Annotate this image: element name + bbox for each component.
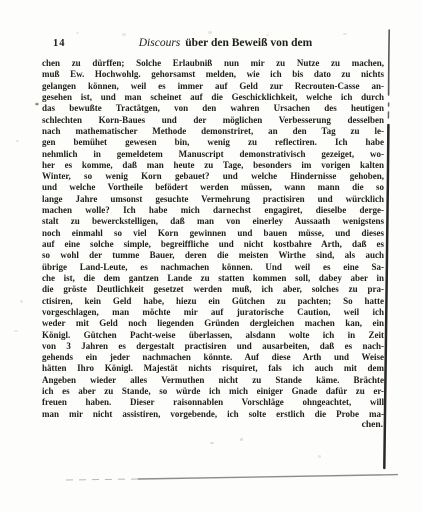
paper-speck	[210, 442, 214, 444]
body-line: gen bemühet gewesen bin, wenig zu reflec…	[42, 137, 384, 148]
paper-speck	[343, 33, 347, 35]
body-line: lange Jahre umsonst gesuchte Vermehrung …	[42, 194, 384, 205]
body-line: weder mit Geld noch liegenden Gründen de…	[42, 318, 384, 329]
body-line: Winter, so wenig Korn gebauet? und welch…	[42, 171, 384, 182]
body-line: man mir nicht assistiren, vorgebende, ic…	[42, 409, 384, 420]
body-line: noch einmahl so viel Korn gewinnen und b…	[42, 228, 384, 239]
body-line: nehmlich in gemeldetem Manuscript demons…	[42, 149, 384, 160]
body-line: machen wolle? Ich habe mich darnechst en…	[42, 205, 384, 216]
body-line: und welche Vortheile befödert werden müs…	[42, 182, 384, 193]
body-line: das bewußte Tractätgen, von den wahren U…	[42, 103, 384, 114]
paper-speck	[266, 34, 269, 36]
paper-speck	[318, 455, 321, 458]
binding-edge-lower	[384, 125, 388, 468]
page-bottom-edge-left	[66, 479, 138, 480]
body-line: ich es aber zu Stande, so würde ich mich…	[42, 386, 384, 397]
paper-speck	[16, 140, 19, 142]
body-line: stalt zu bewerckstelligen, daß man von e…	[42, 216, 384, 227]
body-line: die gröste Deutlichkeit gesetzet werden …	[42, 284, 384, 295]
body-line: che ist, die dem gantzen Lande zu statte…	[42, 273, 384, 284]
running-title-fraktur: über den Beweiß von dem	[185, 37, 312, 49]
body-line: her es komme, daß man heute zu Tage, bes…	[42, 160, 384, 171]
paper-speck	[76, 32, 79, 34]
body-line: nach mathematischer Methode demonstriret…	[42, 126, 384, 137]
body-line: gelangen können, weil es immer auf Geld …	[42, 81, 384, 92]
body-line: so wohl der tumme Bauer, deren die meist…	[42, 250, 384, 261]
paper-speck	[208, 31, 212, 34]
body-line: übrige Land-Leute, es nachmachen können.…	[42, 262, 384, 273]
running-title-discours: Discours	[139, 37, 181, 49]
body-line: auf eine solche simple, begreiffliche un…	[42, 239, 384, 250]
margin-asterisk: *	[35, 101, 39, 110]
paper-speck	[240, 438, 243, 441]
catchword: chen.	[362, 420, 383, 430]
body-line: muß Ew. Hochwohlg. gehorsamst melden, wi…	[42, 69, 384, 80]
body-line: von 3 Jahren es dergestalt practisiren u…	[42, 341, 384, 352]
body-line: freuen haben. Dieser raisonnablen Vorsch…	[42, 397, 384, 408]
body-line: hätten Ihro Königl. Majestät nichts risq…	[42, 363, 384, 374]
paper-speck	[122, 33, 126, 36]
body-line: Angeben wieder alles Vermuthen nicht zu …	[42, 375, 384, 386]
body-line: Königl. Gütchen Pacht-weise überlassen, …	[42, 330, 384, 341]
body-text: chen zu dürffen; Solche Erlaubniß nun mi…	[42, 58, 384, 420]
body-line: chen zu dürffen; Solche Erlaubniß nun mi…	[42, 58, 384, 69]
body-line: gehends ein jeder nachmachen könnte. Auf…	[42, 352, 384, 363]
page-bottom-edge	[138, 475, 398, 479]
body-line: gesehen ist, und man scheinet auf die Ge…	[42, 92, 384, 103]
body-line: ctisiren, kein Geld habe, hiezu ein Gütc…	[42, 296, 384, 307]
running-title: Discoursüber den Beweiß von dem	[36, 37, 415, 49]
page-header: 14 Discoursüber den Beweiß von dem	[0, 37, 423, 51]
body-line: vorgeschlagen, man möchte mir auf jurato…	[42, 307, 384, 318]
paper-speck	[20, 300, 23, 303]
scanned-page: 14 Discoursüber den Beweiß von dem * che…	[0, 0, 423, 512]
paper-speck	[14, 330, 18, 332]
body-line: schlechten Korn-Baues und der möglichen …	[42, 115, 384, 126]
